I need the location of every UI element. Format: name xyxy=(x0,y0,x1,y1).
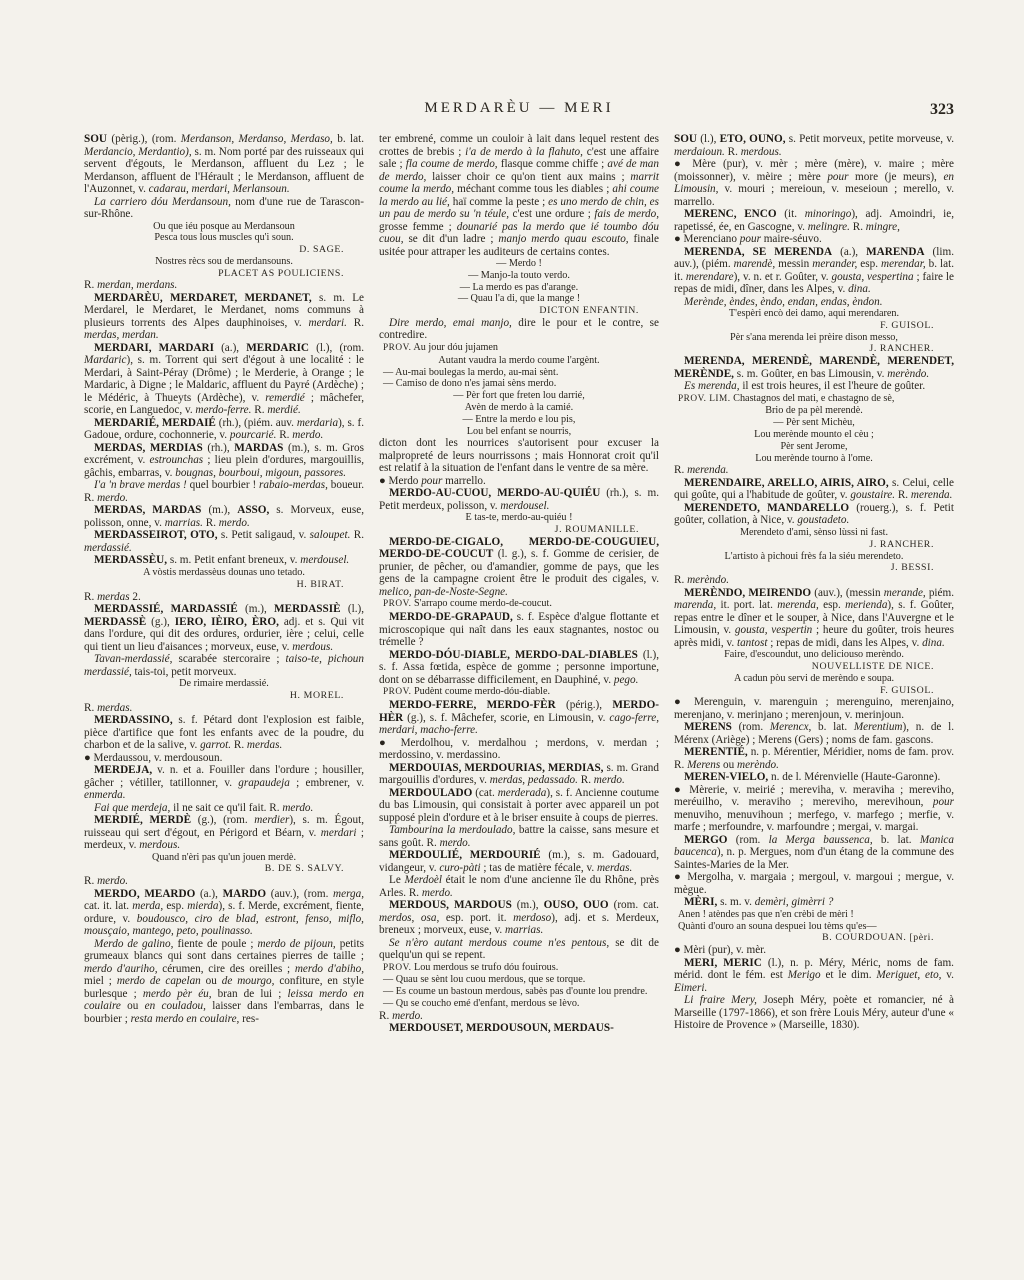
text-run: (l.), xyxy=(697,133,720,145)
text-run: MERDARIÉ, MERDAIÉ xyxy=(94,417,216,429)
verse-line: A cadun pòu servi de merèndo e soupa. xyxy=(674,673,954,685)
text-run: cat. it. lat. xyxy=(84,900,132,912)
text-run: Meriguet, eto, xyxy=(876,969,941,981)
text-run: pour xyxy=(421,475,442,487)
entry-paragraph: MERI, MERIC (l.), n. p. Méry, Méric, nom… xyxy=(674,957,954,995)
text-run: ; tas de matière fécale, v. xyxy=(481,862,597,874)
text-run: Quand n'èri pas qu'un jouen merdè. xyxy=(152,852,296,863)
text-run: merdas. xyxy=(597,862,632,874)
verse-line: De rimaire merdassié. xyxy=(84,678,364,690)
verse-line: — Pèr sent Michèu, xyxy=(674,417,954,429)
paragraph: R. merenda. xyxy=(674,464,954,477)
entry-paragraph: Tavan-merdassié, scarabée stercoraire ; … xyxy=(84,653,364,678)
text-run: R. xyxy=(84,702,97,714)
text-run: demèri, gimèrri ? xyxy=(755,896,834,908)
proverb-line: Quànti d'ouro an souna despuei lou tèms … xyxy=(674,921,954,933)
text-run: esp. xyxy=(819,599,845,611)
text-run: enmerda. xyxy=(84,789,126,801)
text-run: grapaudeja xyxy=(238,777,290,789)
proverb-line: — Au-mai boulegas la merdo, au-mai sènt. xyxy=(379,367,659,379)
attribution: PLACET AS POULICIENS. xyxy=(84,268,364,280)
text-run: merdas xyxy=(97,591,130,603)
text-run: b. lat. xyxy=(811,721,853,733)
verse-line: Merendeto d'ami, sènso lùssi ni fast. xyxy=(674,527,954,539)
text-run: merdo pèr éu, xyxy=(143,988,212,1000)
paragraph: R. merdan, merdans. xyxy=(84,279,364,292)
text-run: IERO, IÈIRO, ÈRO, xyxy=(175,616,279,628)
attribution: F. GUISOL. xyxy=(674,320,954,332)
text-run: B. DE S. SALVY. xyxy=(265,863,344,874)
text-run: il ne sait ce qu'il fait. R. xyxy=(170,802,282,814)
entry-paragraph: MERENC, ENCO (it. minoringo), adj. Amoin… xyxy=(674,208,954,233)
text-run: pego. xyxy=(614,674,639,686)
text-run: merèndo. xyxy=(737,759,779,771)
entry-paragraph: MERDO-AU-CUOU, MERDO-AU-QUIÉU (rh.), s. … xyxy=(379,487,659,512)
text-run: I'a 'n brave merdas ! xyxy=(94,479,187,491)
entry-paragraph: MERÈNDO, MEIRENDO (auv.), (messin merand… xyxy=(674,587,954,650)
proverb-line: — Es coume un bastoun merdous, sabès pas… xyxy=(379,986,659,998)
proverb-line: — Quau se sènt lou cuou merdous, que se … xyxy=(379,974,659,986)
paragraph: R. merdas. xyxy=(84,702,364,715)
entry-paragraph: MERENS (rom. Merencx, b. lat. Merentium)… xyxy=(674,721,954,746)
text-run: R. xyxy=(895,489,911,501)
text-run: manjo merdo quau escouto, xyxy=(498,233,628,245)
text-run: Merdo de galino, xyxy=(94,938,173,950)
text-run: MERDO-DE-GRAPAUD, xyxy=(389,611,513,623)
paragraph: ● Mère (pur), v. mèr ; mère (mère), v. m… xyxy=(674,158,954,208)
text-run: Ou que iéu posque au Merdansoun xyxy=(153,221,295,232)
text-run: Merentium xyxy=(854,721,903,733)
text-run: marenda, xyxy=(674,599,716,611)
entry-paragraph: MERDARIÉ, MERDAIÉ (rh.), (piém. auv. mer… xyxy=(84,417,364,442)
verse-line: — La merdo es pas d'arange. xyxy=(379,282,659,294)
text-run: marrias. xyxy=(505,924,543,936)
text-run: merdas. xyxy=(97,702,132,714)
text-run: se dit d'un ladre ; xyxy=(404,233,499,245)
column-2: ter embrené, comme un couloir à lait dan… xyxy=(379,133,659,1035)
proverb-line: PROV. Pudènt coume merdo-dóu-diable. xyxy=(379,686,659,699)
text-run: MARDAS xyxy=(234,442,283,454)
proverb-line: — Qu se coucho emé d'enfant, merdous se … xyxy=(379,998,659,1010)
text-run: fais de merdo, xyxy=(594,208,659,220)
text-run: pour xyxy=(827,171,848,183)
text-run: merdari xyxy=(321,827,357,839)
text-run: J. BESSI. xyxy=(891,562,934,573)
text-run: SOU xyxy=(674,133,697,145)
text-run: pour xyxy=(933,796,954,808)
entry-paragraph: MERDOUS, MARDOUS (m.), OUSO, OUO (rom. c… xyxy=(379,899,659,937)
text-run: A cadun pòu servi de merèndo e soupa. xyxy=(734,673,894,684)
entry-paragraph: MERDOULADO (cat. merderada), s. f. Ancie… xyxy=(379,787,659,825)
text-run: merderada xyxy=(498,787,547,799)
verse-line: Avèn de merdo à la camié. xyxy=(379,402,659,414)
text-run: — Merdo ! xyxy=(496,258,542,269)
text-run: merdo. xyxy=(97,492,128,504)
text-run: merdousel. xyxy=(300,554,349,566)
text-run: MERDOULIÉ, MERDOURIÉ xyxy=(389,849,541,861)
text-run: H. MOREL. xyxy=(290,690,344,701)
entry-paragraph: MERDO-DE-GRAPAUD, s. f. Espèce d'algue f… xyxy=(379,611,659,649)
entry-paragraph: Merdo de galino, fiente de poule ; merdo… xyxy=(84,938,364,1026)
entry-paragraph: MERDO, MEARDO (a.), MARDO (auv.), (rom. … xyxy=(84,888,364,938)
text-run: ou xyxy=(121,1000,145,1012)
attribution: B. DE S. SALVY. xyxy=(84,863,364,875)
paragraph: SOU (pèrig.), (rom. Merdanson, Merdanso,… xyxy=(84,133,364,196)
text-run: Au jour dóu jujamen xyxy=(411,342,498,353)
text-run: MERENDA, SE MERENDA xyxy=(684,246,832,258)
text-run: — Au-mai boulegas la merdo, au-mai sènt. xyxy=(383,367,558,378)
proverb-line: PROV. Au jour dóu jujamen xyxy=(379,342,659,355)
text-run: R. xyxy=(725,146,741,158)
verse-line: — Manjo-la touto verdo. xyxy=(379,270,659,282)
paragraph: ● Merenguin, v. marenguin ; merenguino, … xyxy=(674,696,954,721)
text-run: Mardaric xyxy=(84,354,126,366)
text-run: MERÈNDO, MEIRENDO xyxy=(684,587,811,599)
text-run: ● Merdaussou, v. merdousoun. xyxy=(84,752,222,764)
text-run: haï comme la peste ; xyxy=(450,196,548,208)
text-run: marrias. xyxy=(165,517,203,529)
text-run: minoringo xyxy=(805,208,852,220)
entry-paragraph: Es merenda, il est trois heures, il est … xyxy=(674,380,954,393)
entry-paragraph: MERENDA, SE MERENDA (a.), MARENDA (lim. … xyxy=(674,246,954,296)
running-title: MERDARÈU — MERI xyxy=(84,100,954,117)
text-run: Le xyxy=(389,874,405,886)
verse-line: E tas-te, merdo-au-quiéu ! xyxy=(379,512,659,524)
verse-line: Pèr sent Jerome, xyxy=(674,441,954,453)
text-run: NOUVELLISTE DE NICE. xyxy=(812,661,934,672)
page-number: 323 xyxy=(930,101,954,119)
text-run: merendar, xyxy=(881,258,926,270)
entry-paragraph: Li fraire Mery, Joseph Méry, poète et ro… xyxy=(674,994,954,1032)
text-run: n. de l. Mérenvielle (Haute-Garonne). xyxy=(768,771,940,783)
text-run: MERDOUSET, MERDOUSOUN, MERDAUS- xyxy=(389,1022,614,1034)
paragraph: ● Merdo pour marrello. xyxy=(379,475,659,488)
text-run: R. xyxy=(350,529,364,541)
text-run: flasque comme chiffe ; xyxy=(498,158,608,170)
text-run: pourcarié. xyxy=(230,429,277,441)
text-run: — Es coume un bastoun merdous, sabès pas… xyxy=(383,986,647,997)
paragraph: R. merèndo. xyxy=(674,574,954,587)
text-run: Fai que merdeja, xyxy=(94,802,170,814)
text-run: tantost xyxy=(737,637,767,649)
text-run: merendare xyxy=(686,271,734,283)
text-run: saloupet. xyxy=(310,529,351,541)
text-run: Tavan-merdassié, xyxy=(94,653,172,665)
text-run: pour xyxy=(740,233,761,245)
text-run: (auv.), (messin xyxy=(811,587,884,599)
entry-paragraph: MERDEJA, v. n. et a. Fouiller dans l'ord… xyxy=(84,764,364,802)
entry-paragraph: MERDASSÈU, s. m. Petit enfant breneux, v… xyxy=(84,554,364,567)
entry-paragraph: MERDO-FERRE, MERDO-FÈR (périg.), MERDO-H… xyxy=(379,699,659,737)
text-run: mingre, xyxy=(866,221,900,233)
text-run: dina. xyxy=(848,283,871,295)
text-run: rabaio-merdas, xyxy=(259,479,328,491)
text-run: ● Merenguin, v. marenguin ; merenguino, … xyxy=(674,696,954,721)
text-run: Pesca tous lous muscles qu'i soun. xyxy=(154,232,293,243)
text-run: ● Mèrerie, v. meirié ; mereviha, v. mera… xyxy=(674,784,954,809)
entry-paragraph: Le Merdoèl était le nom d'une ancienne î… xyxy=(379,874,659,899)
text-run: Merdancio, Merdantio), xyxy=(84,146,192,158)
text-run: et le dim. xyxy=(821,969,877,981)
text-run: (m.), xyxy=(238,603,274,615)
text-run: méchant comme tous les diables ; xyxy=(454,183,612,195)
text-run: gousta, vespertina xyxy=(831,271,913,283)
text-run: merdous. xyxy=(139,839,180,851)
text-run: MERENDETO, MANDARELLO xyxy=(684,502,849,514)
paragraph: ter embrené, comme un couloir à lait dan… xyxy=(379,133,659,258)
entry-paragraph: MERDAS, MERDIAS (rh.), MARDAS (m.), s. m… xyxy=(84,442,364,480)
paragraph: SOU (l.), ETO, OUNO, s. Petit morveux, p… xyxy=(674,133,954,158)
text-run: H. BIRAT. xyxy=(297,579,344,590)
entry-paragraph: MERDOUIAS, MERDOURIAS, MERDIAS, s. m. Gr… xyxy=(379,762,659,787)
text-run: MERENS xyxy=(684,721,732,733)
verse-line: — Entre la merdo e lou pis, xyxy=(379,414,659,426)
text-run: R. xyxy=(276,429,292,441)
text-run: (rom. xyxy=(728,834,769,846)
text-run: R. xyxy=(203,517,219,529)
verse-line: — Quau l'a di, que la mange ! xyxy=(379,293,659,305)
text-run: Lou merènde tourno à l'ome. xyxy=(755,453,873,464)
text-run: s. Petit morveux, petite morveuse, v. xyxy=(786,133,955,145)
text-run: Merènde, èndes, èndo, endan, endas, èndo… xyxy=(684,296,883,308)
verse-line: Pesca tous lous muscles qu'i soun. xyxy=(84,232,364,244)
text-run: ), v. n. et r. Goûter, v. xyxy=(734,271,832,283)
text-run: R. xyxy=(84,875,97,887)
proverb-line: Anen ! atèndes pas que n'en crèbi de mèr… xyxy=(674,909,954,921)
text-run: fla coume de merdo, xyxy=(406,158,498,170)
text-run: MERDO-FERRE, MERDO-FÈR xyxy=(389,699,556,711)
verse-line: Lou merènde mounto el cèu ; xyxy=(674,429,954,441)
verse-line: — Pèr fort que freten lou darrié, xyxy=(379,390,659,402)
dictionary-page: MERDARÈU — MERI 323 SOU (pèrig.), (rom. … xyxy=(0,0,1024,1280)
text-run: ● Merenciano xyxy=(674,233,740,245)
text-run: merdié. xyxy=(267,404,300,416)
text-run: miel ; xyxy=(84,975,117,987)
text-run: merenda. xyxy=(687,464,729,476)
verse-line: — Merdo ! xyxy=(379,258,659,270)
text-run: B. COURDOUAN. [pèri. xyxy=(822,932,934,943)
text-run: merdo. xyxy=(219,517,250,529)
verse-line: Ou que iéu posque au Merdansoun xyxy=(84,221,364,233)
text-run: merdousel. xyxy=(500,500,549,512)
entry-paragraph: MERENDETO, MANDARELLO (rouerg.), s. f. P… xyxy=(674,502,954,527)
text-run: R. xyxy=(231,739,247,751)
text-run: Anen ! atèndes pas que n'en crèbi de mèr… xyxy=(678,909,854,920)
text-run: R. xyxy=(674,574,687,586)
verse-line: Pèr s'ana merenda lei prèire dison messo… xyxy=(674,332,954,344)
text-run: ETO, OUNO, xyxy=(720,133,786,145)
text-run: merdo de pijoun, xyxy=(258,938,336,950)
text-run: merdo. xyxy=(422,887,453,899)
text-run: ou xyxy=(720,759,737,771)
text-run: merdaioun. xyxy=(674,146,725,158)
entry-paragraph: MERDASSINO, s. f. Pétard dont l'explosio… xyxy=(84,714,364,752)
text-run: marrello. xyxy=(442,475,486,487)
text-run: MERENC, ENCO xyxy=(684,208,777,220)
text-run: merda, xyxy=(132,900,163,912)
text-run: merdo d'abiho, xyxy=(295,963,364,975)
attribution: H. BIRAT. xyxy=(84,579,364,591)
attribution: DICTON ENFANTIN. xyxy=(379,305,659,317)
text-run: res- xyxy=(239,1013,259,1025)
text-run: s. m. Goûter, en bas Limousin, v. xyxy=(734,368,887,380)
text-run: Pudènt coume merdo-dóu-diable. xyxy=(411,686,550,697)
text-run: resta merdo en coulaire, xyxy=(131,1013,240,1025)
text-run: MEREN-VIELO, xyxy=(684,771,768,783)
text-run: J. RANCHER. xyxy=(869,343,934,354)
text-run: (rh.), (piém. auv. xyxy=(216,417,297,429)
entry-paragraph: Tambourina la merdoulado, battre la cais… xyxy=(379,824,659,849)
text-run: F. GUISOL. xyxy=(880,320,934,331)
text-run: fiente de poule ; xyxy=(173,938,257,950)
text-run: MERDEJA, xyxy=(94,764,152,776)
text-run: (g.), s. f. Mâchefer, scorie, en Limousi… xyxy=(403,712,609,724)
text-run: MERDO, MEARDO xyxy=(94,888,195,900)
text-run: merdan, merdans. xyxy=(97,279,177,291)
text-run: ● Merdo xyxy=(379,475,421,487)
text-run: (périg.), xyxy=(556,699,613,711)
attribution: D. SAGE. xyxy=(84,244,364,256)
text-run: L'artisto à pichoui frès fa la siéu mere… xyxy=(725,551,904,562)
entry-paragraph: MERDAS, MARDAS (m.), ASSO, s. Morveux, e… xyxy=(84,504,364,529)
attribution: NOUVELLISTE DE NICE. xyxy=(674,661,954,673)
entry-paragraph: MERENDA, MERENDÈ, MARENDÈ, MERENDET, MER… xyxy=(674,355,954,380)
text-run: (m.), xyxy=(512,899,544,911)
text-run: R. xyxy=(84,591,97,603)
text-run: ● Merdolhou, v. merdalhou ; merdons, v. … xyxy=(379,737,659,762)
text-run: esp. xyxy=(163,900,187,912)
text-run: MERENTIÉ, xyxy=(684,746,748,758)
entry-paragraph: MERDOUSET, MERDOUSOUN, MERDAUS- xyxy=(379,1022,659,1035)
text-run: merdassié. xyxy=(84,542,132,554)
text-run: (a.), xyxy=(214,342,246,354)
verse-line: Lou merènde tourno à l'ome. xyxy=(674,453,954,465)
attribution: J. RANCHER. xyxy=(674,539,954,551)
entry-paragraph: MERENTIÉ, n. p. Mérentier, Méridier, nom… xyxy=(674,746,954,771)
text-run: dina. xyxy=(922,637,945,649)
text-run: merdas. xyxy=(247,739,282,751)
text-run: more (je meurs), xyxy=(848,171,943,183)
text-run: MERDASSIÉ, MARDASSIÉ xyxy=(94,603,238,615)
proverb-line: PROV. LIM. Chastagnos del mati, e chasta… xyxy=(674,393,954,406)
text-run: MARDO xyxy=(223,888,267,900)
text-run: melico, pan-de-Noste-Segne. xyxy=(379,586,508,598)
text-run: bran de lui ; xyxy=(212,988,288,1000)
paragraph: ● Mergolha, v. margaia ; mergoul, v. mar… xyxy=(674,871,954,896)
text-run: MERDASSÈU, xyxy=(94,554,167,566)
text-run: b. lat. xyxy=(333,133,364,145)
text-run: tais-toi, petit morveux. xyxy=(132,666,237,678)
text-run: PROV. xyxy=(383,343,411,353)
text-run: Merencx, xyxy=(770,721,812,733)
text-run: s. m. v. xyxy=(717,896,755,908)
text-run: ● Mergolha, v. margaia ; mergoul, v. mar… xyxy=(674,871,954,896)
text-run: MERENDAIRE, ARELLO, AIRIS, AIRO, xyxy=(684,477,889,489)
text-run: Merens xyxy=(687,759,720,771)
text-run: gousta, vespertin xyxy=(735,624,812,636)
text-run: MERDASSEIROT, OTO, xyxy=(94,529,218,541)
text-run: Faire, d'escoundut, uno deliciouso merèn… xyxy=(724,649,904,660)
text-run: grosse femme ; xyxy=(379,221,457,233)
text-run: SOU xyxy=(84,133,111,145)
paragraph: ● Mèri (pur), v. mèr. xyxy=(674,944,954,957)
text-run: PROV. xyxy=(383,963,411,973)
text-run: MERDO-DÓU-DIABLE, MERDO-DAL-DIABLES xyxy=(389,649,638,661)
paragraph: R. merdo. xyxy=(84,875,364,888)
text-run: esp. xyxy=(857,258,881,270)
text-run: PROV. LIM. xyxy=(678,394,731,404)
entry-paragraph: Merènde, èndes, èndo, endan, endas, èndo… xyxy=(674,296,954,309)
text-run: MÈRI, xyxy=(684,896,717,908)
text-run: merenda. xyxy=(911,489,953,501)
attribution: B. COURDOUAN. [pèri. xyxy=(674,932,954,944)
page-header: MERDARÈU — MERI 323 xyxy=(84,100,954,126)
text-run: MERDARI, MARDARI xyxy=(94,342,214,354)
text-run: ● Mèri (pur), v. mèr. xyxy=(674,944,766,956)
verse-line: A vòstis merdassèus dounas uno tetado. xyxy=(84,567,364,579)
text-run: Merendeto d'ami, sènso lùssi ni fast. xyxy=(740,527,888,538)
text-run: PROV. xyxy=(383,599,411,609)
text-run: MERDOUS, MARDOUS xyxy=(389,899,512,911)
text-run: Tambourina la merdoulado, xyxy=(389,824,515,836)
text-run: bougnas, bourboui, migoun, passores. xyxy=(175,467,346,479)
attribution: J. ROUMANILLE. xyxy=(379,524,659,536)
text-run: merdoso xyxy=(513,912,551,924)
text-run: merdous. xyxy=(292,641,333,653)
text-run: — Pèr sent Michèu, xyxy=(773,417,855,428)
entry-paragraph: Dire merdo, emai manjo, dire le pour et … xyxy=(379,317,659,342)
text-run: MERDOULADO xyxy=(389,787,472,799)
text-run: S'arrapo coume merdo-de-coucut. xyxy=(411,598,551,609)
text-run: merdo d'auriho, xyxy=(84,963,158,975)
text-run: MERDIÉ, MERDÈ xyxy=(94,814,191,826)
text-run: Es merenda, xyxy=(684,380,740,392)
text-run: Avèn de merdo à la camié. xyxy=(465,402,573,413)
text-run: merdas, pedassado. xyxy=(490,774,578,786)
text-run: MERDASSINO, xyxy=(94,714,173,726)
text-run: Brio de pa pèl merendè. xyxy=(765,405,863,416)
entry-paragraph: MEREN-VIELO, n. de l. Mérenvielle (Haute… xyxy=(674,771,954,784)
text-run: merdo. xyxy=(292,429,323,441)
text-run: MERDARÈU, MERDARET, MERDANET, xyxy=(94,292,312,304)
text-run: laisser choir ce qu'on tient aux mains ; xyxy=(426,171,630,183)
text-run: Li fraire Mery, xyxy=(684,994,757,1006)
text-run: s. m. Petit enfant breneux, v. xyxy=(167,554,300,566)
text-run: (l.), (rom. xyxy=(309,342,364,354)
text-run: c'est une ordure ; xyxy=(509,208,594,220)
verse-line: T'espèri encò dei damo, aqui merendaren. xyxy=(674,308,954,320)
text-run: merdo. xyxy=(282,802,313,814)
text-run: (g.), (rom. xyxy=(191,814,254,826)
text-run: merdas, merdan. xyxy=(84,329,159,341)
text-run: R. xyxy=(379,1010,392,1022)
attribution: J. BESSI. xyxy=(674,562,954,574)
text-run: cérumen, cire des oreilles ; xyxy=(158,963,295,975)
text-run: curo-pàti xyxy=(439,862,480,874)
text-run: ou xyxy=(201,975,222,987)
text-run: Lou merdous se trufo dóu fouirous. xyxy=(411,962,558,973)
text-run: MERDAS, MARDAS xyxy=(94,504,201,516)
text-run: J. ROUMANILLE. xyxy=(555,524,639,535)
text-run: — Quau se sènt lou cuou merdous, que se … xyxy=(383,974,585,985)
entry-paragraph: La carriero dóu Merdansoun, nom d'une ru… xyxy=(84,196,364,221)
paragraph: R. merdas 2. xyxy=(84,591,364,604)
verse-line: Brio de pa pèl merendè. xyxy=(674,405,954,417)
entry-paragraph: MÈRI, s. m. v. demèri, gimèrri ? xyxy=(674,896,954,909)
text-run: PROV. xyxy=(383,687,411,697)
text-run: i'a de merdo à la flahuto, xyxy=(465,146,583,158)
entry-paragraph: MERDARI, MARDARI (a.), MERDARIC (l.), (r… xyxy=(84,342,364,417)
